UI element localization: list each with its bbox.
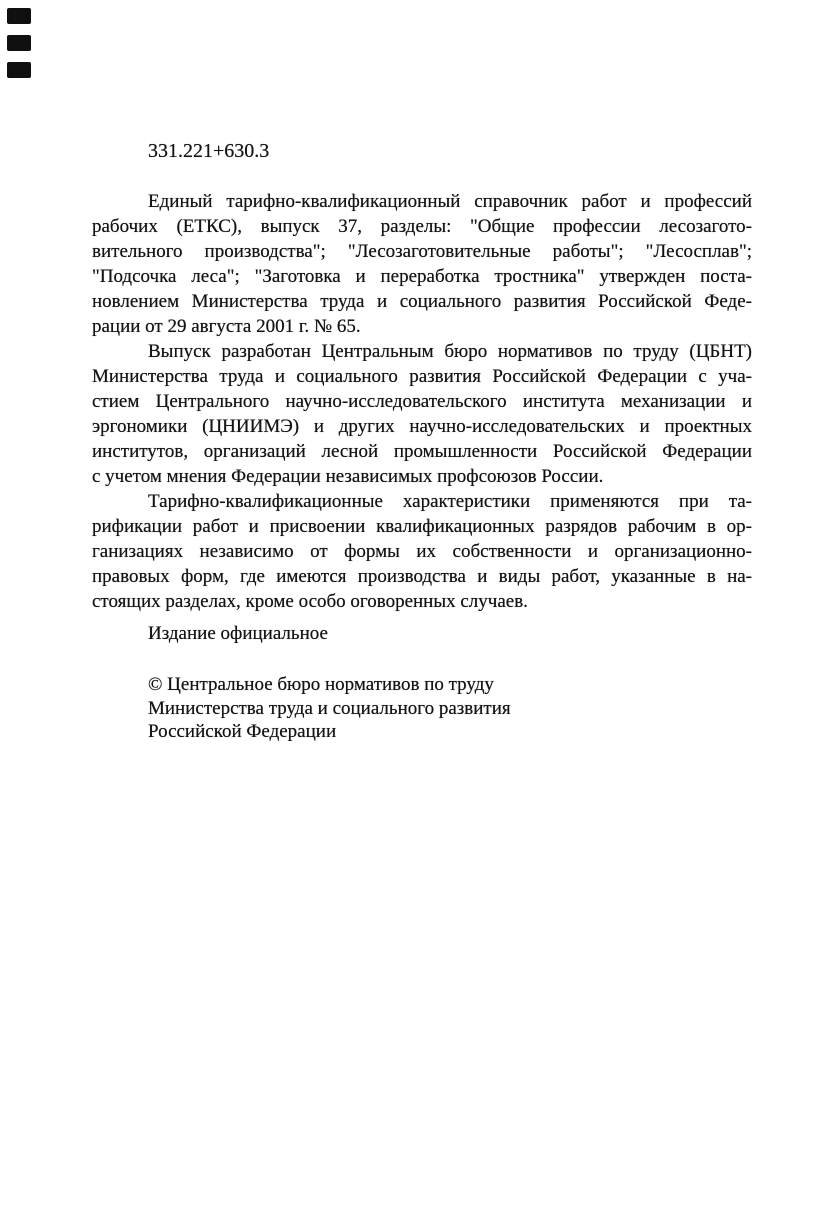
paragraph: Тарифно-квалификационные характеристики …: [92, 489, 752, 614]
paragraph-line: правовых форм, где имеются производства …: [92, 564, 752, 589]
paragraph-line: Министерства труда и социального развити…: [92, 364, 752, 389]
copyright-line: Министерства труда и социального развити…: [148, 697, 752, 721]
paragraph-line: Тарифно-квалификационные характеристики …: [92, 489, 752, 514]
page-content: 331.221+630.3 Единый тарифно-квалификаци…: [92, 140, 752, 744]
paragraph-line: вительного производства"; "Лесозаготовит…: [92, 239, 752, 264]
paragraph-line: институтов, организаций лесной промышлен…: [92, 439, 752, 464]
paragraph-line: Единый тарифно-квалификационный справочн…: [92, 189, 752, 214]
paragraph-line: Выпуск разработан Центральным бюро норма…: [92, 339, 752, 364]
edition-note: Издание официальное: [148, 621, 752, 646]
udc-classification-number: 331.221+630.3: [148, 140, 752, 162]
scanned-document-page: 331.221+630.3 Единый тарифно-квалификаци…: [0, 0, 840, 1217]
paragraph-line: стоящих разделах, кроме особо оговоренны…: [92, 589, 752, 614]
paragraph-line: рабочих (ЕТКС), выпуск 37, разделы: "Общ…: [92, 214, 752, 239]
paragraph-line: рации от 29 августа 2001 г. № 65.: [92, 314, 752, 339]
body-paragraphs: Единый тарифно-квалификационный справочн…: [92, 189, 752, 614]
paragraph-line: эргономики (ЦНИИМЭ) и других научно-иссл…: [92, 414, 752, 439]
copyright-line: © Центральное бюро нормативов по труду: [148, 673, 752, 697]
scan-artifact-mark: [7, 8, 31, 24]
scan-artifact-mark: [7, 62, 31, 78]
paragraph-line: с учетом мнения Федерации независимых пр…: [92, 464, 752, 489]
paragraph-line: "Подсочка леса"; "Заготовка и переработк…: [92, 264, 752, 289]
copyright-block: © Центральное бюро нормативов по труду М…: [148, 673, 752, 744]
paragraph-line: стием Центрального научно-исследовательс…: [92, 389, 752, 414]
copyright-line: Российской Федерации: [148, 720, 752, 744]
scan-artifact-mark: [7, 35, 31, 51]
paragraph-line: рификации работ и присвоении квалификаци…: [92, 514, 752, 539]
paragraph-line: новлением Министерства труда и социально…: [92, 289, 752, 314]
paragraph-line: ганизациях независимо от формы их собств…: [92, 539, 752, 564]
paragraph: Выпуск разработан Центральным бюро норма…: [92, 339, 752, 489]
paragraph: Единый тарифно-квалификационный справочн…: [92, 189, 752, 339]
